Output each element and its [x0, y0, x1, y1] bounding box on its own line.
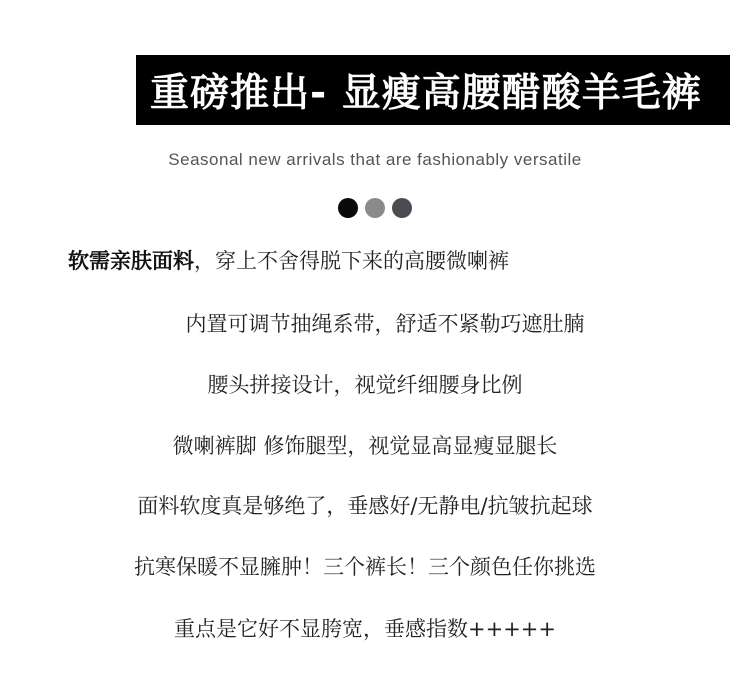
feature-text: 腰头拼接设计，视觉纤细腰身比例	[208, 373, 523, 397]
feature-text: 面料软度真是够绝了，垂感好/无静电/抗皱抗起球	[137, 494, 592, 518]
feature-line: 抗寒保暖不显臃肿！三个裤长！三个颜色任你挑选	[0, 551, 740, 581]
feature-text: ，穿上不舍得脱下来的高腰微喇裤	[194, 249, 509, 273]
feature-highlight: 软需亲肤面料	[68, 249, 194, 273]
feature-text: 抗寒保暖不显臃肿！三个裤长！三个颜色任你挑选	[134, 555, 596, 579]
feature-line: 腰头拼接设计，视觉纤细腰身比例	[0, 369, 740, 399]
color-dot-black	[338, 198, 358, 218]
feature-line: 内置可调节抽绳系带，舒适不紧勒巧遮肚腩	[10, 308, 750, 338]
feature-text: 重点是它好不显胯宽，垂感指数+++++	[174, 617, 556, 641]
feature-line: 微喇裤脚 修饰腿型，视觉显高显瘦显腿长	[0, 430, 740, 460]
feature-text: 微喇裤脚 修饰腿型，视觉显高显瘦显腿长	[173, 434, 558, 458]
subtitle: Seasonal new arrivals that are fashionab…	[0, 150, 750, 170]
color-dot-grey	[365, 198, 385, 218]
feature-line: 软需亲肤面料，穿上不舍得脱下来的高腰微喇裤	[0, 245, 509, 275]
feature-line: 重点是它好不显胯宽，垂感指数+++++	[0, 613, 740, 643]
feature-text: 内置可调节抽绳系带，舒适不紧勒巧遮肚腩	[186, 312, 585, 336]
color-dot-charcoal	[392, 198, 412, 218]
banner-title: 重磅推出- 显瘦高腰醋酸羊毛裤	[150, 62, 702, 118]
feature-line: 面料软度真是够绝了，垂感好/无静电/抗皱抗起球	[0, 490, 740, 520]
color-swatches	[0, 198, 750, 218]
title-banner: 重磅推出- 显瘦高腰醋酸羊毛裤	[136, 55, 730, 125]
